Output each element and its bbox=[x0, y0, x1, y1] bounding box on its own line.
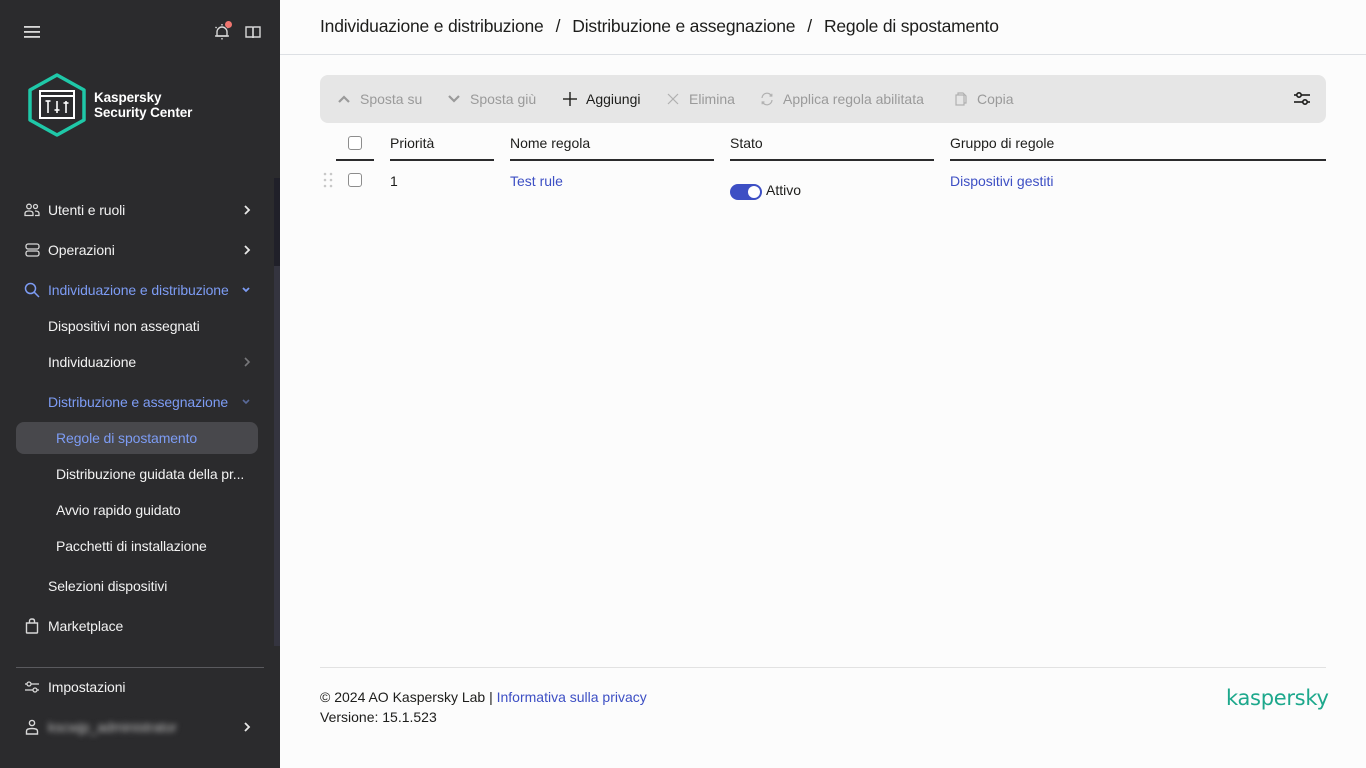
move-up-button[interactable]: Sposta su bbox=[336, 75, 422, 123]
column-settings-icon[interactable] bbox=[1292, 90, 1312, 108]
row-rule-name-link[interactable]: Test rule bbox=[510, 173, 563, 189]
logo-line-2: Security Center bbox=[94, 105, 192, 120]
users-icon bbox=[24, 202, 40, 218]
sidebar-item-label: Regole di spostamento bbox=[56, 430, 197, 446]
row-checkbox[interactable] bbox=[348, 173, 362, 187]
row-priority: 1 bbox=[390, 173, 398, 189]
sidebar-item-label: Individuazione e distribuzione bbox=[48, 282, 229, 298]
sidebar: Kaspersky Security Center Utenti e ruoli… bbox=[0, 0, 280, 768]
sidebar-item-operations[interactable]: Operazioni bbox=[0, 232, 274, 268]
toggle-knob bbox=[748, 186, 760, 198]
select-all-checkbox[interactable] bbox=[348, 136, 362, 150]
apply-rule-button[interactable]: Applica regola abilitata bbox=[759, 75, 924, 123]
delete-button[interactable]: Elimina bbox=[665, 75, 735, 123]
copyright-text: © 2024 AO Kaspersky Lab | bbox=[320, 689, 493, 705]
toolbar: Sposta su Sposta giù Aggiungi Elimina Ap… bbox=[320, 75, 1326, 123]
copy-label: Copia bbox=[977, 91, 1014, 107]
sidebar-item-user-account[interactable]: kscwjp_administrator bbox=[0, 709, 274, 745]
sidebar-item-label: Selezioni dispositivi bbox=[48, 578, 167, 594]
chevron-down-icon bbox=[446, 91, 462, 107]
page-header: Individuazione e distribuzione / Distrib… bbox=[280, 0, 1366, 55]
chevron-down-icon bbox=[239, 395, 253, 409]
sidebar-item-label: Avvio rapido guidato bbox=[56, 502, 181, 518]
column-header-status[interactable]: Stato bbox=[730, 135, 763, 151]
column-divider bbox=[950, 159, 1326, 161]
shopping-bag-icon bbox=[24, 618, 40, 634]
chevron-right-icon bbox=[240, 720, 254, 734]
copy-button[interactable]: Copia bbox=[953, 75, 1014, 123]
column-divider bbox=[390, 159, 494, 161]
chevron-right-icon bbox=[240, 243, 254, 257]
logo-line-1: Kaspersky bbox=[94, 90, 192, 105]
column-header-rule-name[interactable]: Nome regola bbox=[510, 135, 590, 151]
add-label: Aggiungi bbox=[586, 91, 641, 107]
version-text: Versione: 15.1.523 bbox=[320, 709, 437, 725]
breadcrumb: Individuazione e distribuzione / Distrib… bbox=[320, 16, 999, 37]
user-account-name: kscwjp_administrator bbox=[48, 719, 177, 735]
breadcrumb-separator: / bbox=[556, 16, 561, 37]
sidebar-item-label: Impostazioni bbox=[48, 679, 125, 695]
chevron-down-icon bbox=[239, 283, 253, 297]
sidebar-item-label: Distribuzione e assegnazione bbox=[48, 394, 228, 410]
menu-icon[interactable] bbox=[22, 22, 42, 42]
sidebar-item-install-packages[interactable]: Pacchetti di installazione bbox=[0, 528, 274, 564]
add-button[interactable]: Aggiungi bbox=[562, 75, 641, 123]
sidebar-scrollbar-thumb[interactable] bbox=[274, 178, 280, 266]
sidebar-item-label: Utenti e ruoli bbox=[48, 202, 125, 218]
move-down-button[interactable]: Sposta giù bbox=[446, 75, 536, 123]
move-up-label: Sposta su bbox=[360, 91, 422, 107]
breadcrumb-separator: / bbox=[807, 16, 812, 37]
sidebar-item-guided-deployment[interactable]: Distribuzione guidata della pr... bbox=[0, 456, 274, 492]
sidebar-item-marketplace[interactable]: Marketplace bbox=[0, 608, 274, 644]
column-header-rule-group[interactable]: Gruppo di regole bbox=[950, 135, 1054, 151]
sidebar-item-label: Marketplace bbox=[48, 618, 123, 634]
copy-icon bbox=[953, 91, 969, 107]
sidebar-item-deployment-assignment[interactable]: Distribuzione e assegnazione bbox=[0, 384, 274, 420]
delete-label: Elimina bbox=[689, 91, 735, 107]
breadcrumb-current: Regole di spostamento bbox=[824, 16, 999, 37]
book-icon[interactable] bbox=[243, 22, 263, 42]
sidebar-item-label: Dispositivi non assegnati bbox=[48, 318, 200, 334]
breadcrumb-item-discovery-deployment[interactable]: Individuazione e distribuzione bbox=[320, 16, 544, 37]
footer-divider bbox=[320, 667, 1326, 668]
chevron-right-icon bbox=[240, 355, 254, 369]
drag-handle-icon[interactable] bbox=[322, 172, 334, 188]
logo-hexagon-icon bbox=[26, 72, 88, 138]
notifications-icon[interactable] bbox=[211, 21, 233, 43]
notification-badge bbox=[225, 21, 232, 28]
row-status-label: Attivo bbox=[766, 182, 801, 198]
search-icon bbox=[24, 282, 40, 298]
sidebar-divider bbox=[16, 667, 264, 668]
sidebar-item-discovery[interactable]: Individuazione bbox=[0, 344, 274, 380]
privacy-policy-link[interactable]: Informativa sulla privacy bbox=[497, 689, 647, 705]
sidebar-item-unassigned-devices[interactable]: Dispositivi non assegnati bbox=[0, 308, 274, 344]
sidebar-item-quick-start[interactable]: Avvio rapido guidato bbox=[0, 492, 274, 528]
breadcrumb-item-deployment-assignment[interactable]: Distribuzione e assegnazione bbox=[572, 16, 795, 37]
column-divider bbox=[336, 159, 374, 161]
status-toggle[interactable] bbox=[730, 184, 762, 200]
column-header-priority[interactable]: Priorità bbox=[390, 135, 434, 151]
apply-rule-label: Applica regola abilitata bbox=[783, 91, 924, 107]
move-down-label: Sposta giù bbox=[470, 91, 536, 107]
server-icon bbox=[24, 242, 40, 258]
user-icon bbox=[24, 719, 40, 735]
sidebar-item-moving-rules[interactable]: Regole di spostamento bbox=[0, 420, 274, 456]
chevron-up-icon bbox=[336, 91, 352, 107]
kaspersky-brand-logo: kaspersky bbox=[1226, 686, 1329, 710]
row-rule-group-link[interactable]: Dispositivi gestiti bbox=[950, 173, 1053, 189]
sidebar-item-label: Operazioni bbox=[48, 242, 115, 258]
column-divider bbox=[730, 159, 934, 161]
sidebar-item-users[interactable]: Utenti e ruoli bbox=[0, 192, 274, 228]
sidebar-item-device-selections[interactable]: Selezioni dispositivi bbox=[0, 568, 274, 604]
sidebar-item-label: Distribuzione guidata della pr... bbox=[56, 466, 244, 482]
sidebar-item-settings[interactable]: Impostazioni bbox=[0, 669, 274, 705]
sidebar-item-label: Pacchetti di installazione bbox=[56, 538, 207, 554]
footer-copyright-line: © 2024 AO Kaspersky Lab | Informativa su… bbox=[320, 689, 647, 705]
sidebar-item-label: Individuazione bbox=[48, 354, 136, 370]
refresh-icon bbox=[759, 91, 775, 107]
sliders-icon bbox=[24, 679, 40, 695]
plus-icon bbox=[562, 91, 578, 107]
chevron-right-icon bbox=[240, 203, 254, 217]
column-divider bbox=[510, 159, 714, 161]
sidebar-item-discovery-deployment[interactable]: Individuazione e distribuzione bbox=[0, 272, 274, 308]
close-icon bbox=[665, 91, 681, 107]
app-logo[interactable]: Kaspersky Security Center bbox=[26, 72, 192, 138]
